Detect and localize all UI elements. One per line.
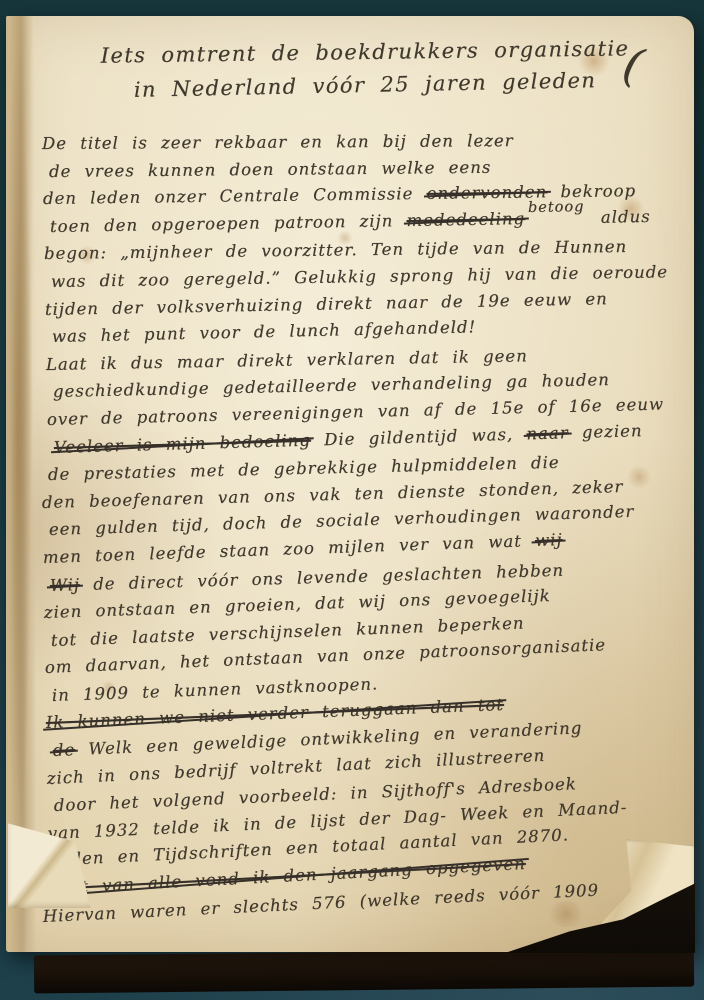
handwriting-text: De titel is zeer rekbaar en kan bij den …: [42, 131, 514, 153]
page-gutter-crease: [6, 16, 36, 952]
title-line-1: Iets omtrent de boekdrukkers organisatie: [66, 36, 664, 68]
manuscript-title: Iets omtrent de boekdrukkers organisatie…: [66, 40, 664, 97]
struck-text: Wij: [50, 575, 81, 595]
struck-text: de: [52, 740, 75, 760]
handwriting-text: gezien: [568, 421, 642, 442]
struck-text: naar: [526, 423, 569, 443]
handwriting-text: aldus: [587, 207, 650, 227]
photo-of-manuscript: { "scene": { "background_color": "#1d404…: [0, 0, 704, 1000]
book-block-edge: [34, 949, 694, 994]
handwriting-text: den leden onzer Centrale Commissie: [43, 184, 427, 208]
title-line-2: in Nederland vóór 25 jaren geleden: [66, 67, 664, 104]
inserted-word: betoog: [528, 199, 585, 216]
handwriting-text: bekroop: [547, 181, 636, 201]
struck-text: mededeeling: [406, 209, 525, 230]
struck-text: wij: [535, 530, 563, 550]
body-lines: De titel is zeer rekbaar en kan bij den …: [42, 134, 680, 934]
handwriting-text: de vrees kunnen doen ontstaan welke eens: [49, 157, 491, 180]
manuscript-page: ( Iets omtrent de boekdrukkers organisat…: [6, 16, 694, 952]
